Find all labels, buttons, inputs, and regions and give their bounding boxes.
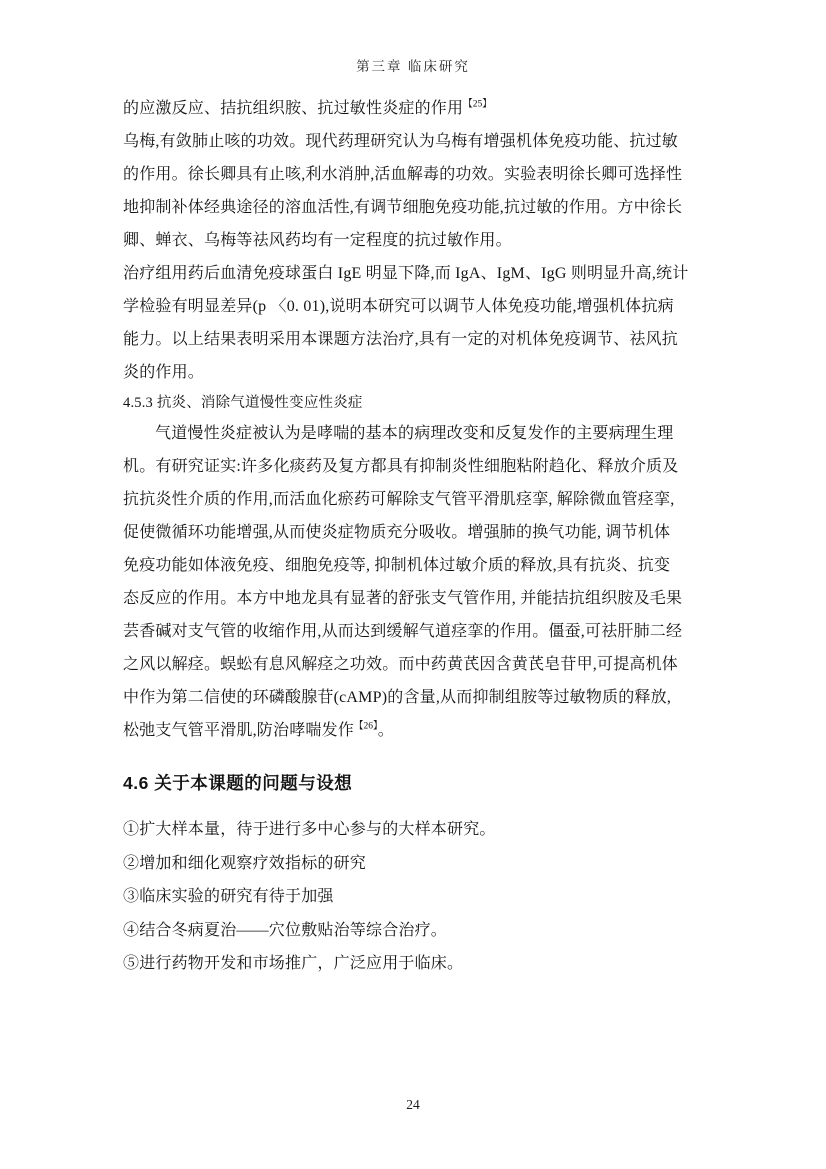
citation-ref: 【25】	[463, 100, 492, 110]
text-line: 促使微循环功能增强,从而使炎症物质充分吸收。增强肺的换气功能, 调节机体	[123, 516, 718, 549]
section-heading-4-6: 4.6 关于本课题的问题与设想	[123, 771, 718, 795]
text-line: 乌梅,有敛肺止咳的功效。现代药理研究认为乌梅有增强机体免疫功能、抗过敏	[123, 125, 718, 158]
text-line: 免疫功能如体液免疫、细胞免疫等, 抑制机体过敏介质的释放,具有抗炎、抗变	[123, 549, 718, 582]
text-line: 的作用。徐长卿具有止咳,利水消肿,活血解毒的功效。实验表明徐长卿可选择性	[123, 158, 718, 191]
section-heading-4-5-3: 4.5.3 抗炎、消除气道慢性变应性炎症	[123, 389, 718, 417]
text-line: 学检验有明显差异(p 〈0. 01),说明本研究可以调节人体免疫功能,增强机体抗…	[123, 290, 718, 323]
page-number: 24	[0, 1097, 826, 1113]
text-line: 机。有研究证实:许多化痰药及复方都具有抑制炎性细胞粘附趋化、释放介质及	[123, 450, 718, 483]
document-body: 的应激反应、拮抗组织胺、抗过敏性炎症的作用【25】乌梅,有敛肺止咳的功效。现代药…	[123, 92, 718, 981]
chapter-header: 第三章 临床研究	[0, 55, 826, 75]
text-line: 治疗组用药后血清免疫球蛋白 IgE 明显下降,而 IgA、IgM、IgG 则明显…	[123, 257, 718, 290]
text-line: 之风以解痉。蜈蚣有息风解痉之功效。而中药黄芪因含黄芪皂苷甲,可提高机体	[123, 648, 718, 681]
text-line: 中作为第二信使的环磷酸腺苷(cAMP)的含量,从而抑制组胺等过敏物质的释放,	[123, 681, 718, 714]
text-line: 芸香碱对支气管的收缩作用,从而达到缓解气道痉挛的作用。僵蚕,可祛肝肺二经	[123, 615, 718, 648]
text-line: 的应激反应、拮抗组织胺、抗过敏性炎症的作用【25】	[123, 92, 718, 125]
text-line: 卿、蝉衣、乌梅等祛风药均有一定程度的抗过敏作用。	[123, 224, 718, 257]
text-line: 能力。以上结果表明采用本课题方法治疗,具有一定的对机体免疫调节、祛风抗	[123, 323, 718, 356]
text-line: 炎的作用。	[123, 356, 718, 389]
text-line: 态反应的作用。本方中地龙具有显著的舒张支气管作用, 并能拮抗组织胺及毛果	[123, 582, 718, 615]
text-line: 地抑制补体经典途径的溶血活性,有调节细胞免疫功能,抗过敏的作用。方中徐长	[123, 191, 718, 224]
list-item: ①扩大样本量，待于进行多中心参与的大样本研究。	[123, 813, 718, 847]
list-item: ⑤进行药物开发和市场推广，广泛应用于临床。	[123, 947, 718, 981]
text-line: 抗抗炎性介质的作用,而活血化瘀药可解除支气管平滑肌痉挛, 解除微血管痉挛,	[123, 483, 718, 516]
citation-ref: 【26】	[354, 722, 378, 732]
list-item: ③临床实验的研究有待于加强	[123, 880, 718, 914]
list-item: ④结合冬病夏治——穴位敷贴治等综合治疗。	[123, 914, 718, 948]
list-item: ②增加和细化观察疗效指标的研究	[123, 847, 718, 881]
text-line: 松弛支气管平滑肌,防治哮喘发作【26】。	[123, 714, 718, 747]
text-line: 气道慢性炎症被认为是哮喘的基本的病理改变和反复发作的主要病理生理	[123, 417, 718, 450]
document-page: 第三章 临床研究 的应激反应、拮抗组织胺、抗过敏性炎症的作用【25】乌梅,有敛肺…	[0, 0, 826, 1169]
